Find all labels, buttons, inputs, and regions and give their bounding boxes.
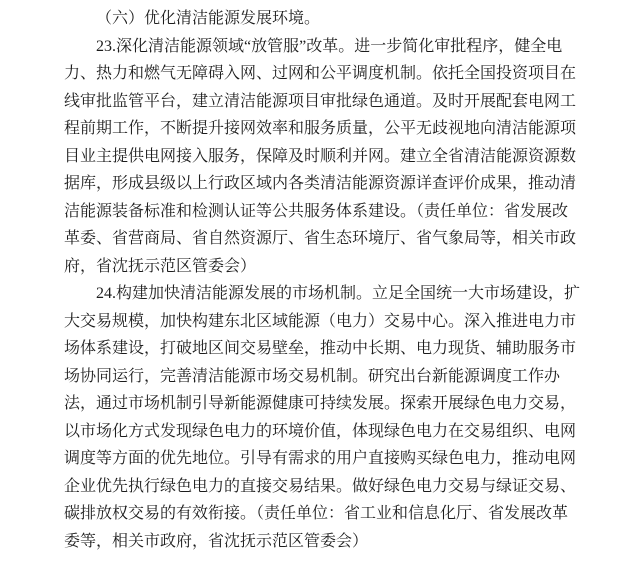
text-line: （六）优化清洁能源发展环境。 [64, 5, 576, 33]
text-line: 23.深化清洁能源领域“放管服”改革。进一步简化审批程序，健全电 [64, 33, 576, 61]
text-line: 碳排放权交易的有效衔接。（责任单位：省工业和信息化厅、省发展改革 [64, 500, 576, 528]
text-line: 场协同运行，完善清洁能源市场交易机制。研究出台新能源调度工作办 [64, 363, 576, 391]
text-line: 场体系建设，打破地区间交易壁垒，推动中长期、电力现货、辅助服务市 [64, 335, 576, 363]
text-line: 府，省沈抚示范区管委会） [64, 253, 576, 281]
text-line: 委等，相关市政府，省沈抚示范区管委会） [64, 528, 576, 556]
text-line: 大交易规模，加快构建东北区域能源（电力）交易中心。深入推进电力市 [64, 308, 576, 336]
text-line: 洁能源装备标准和检测认证等公共服务体系建设。（责任单位：省发展改 [64, 198, 576, 226]
document-page: （六）优化清洁能源发展环境。23.深化清洁能源领域“放管服”改革。进一步简化审批… [0, 0, 640, 570]
text-line: 调度等方面的优先地位。引导有需求的用户直接购买绿色电力，推动电网 [64, 445, 576, 473]
text-line: 革委、省营商局、省自然资源厅、省生态环境厅、省气象局等，相关市政 [64, 225, 576, 253]
text-line: 法，通过市场机制引导新能源健康可持续发展。探索开展绿色电力交易， [64, 390, 576, 418]
text-line: 以市场化方式发现绿色电力的环境价值，体现绿色电力在交易组织、电网 [64, 418, 576, 446]
text-line: 24.构建加快清洁能源发展的市场机制。立足全国统一大市场建设，扩 [64, 280, 576, 308]
text-line: 目业主提供电网接入服务，保障及时顺利并网。建立全省清洁能源资源数 [64, 143, 576, 171]
text-line: 力、热力和燃气无障碍入网、过网和公平调度机制。依托全国投资项目在 [64, 60, 576, 88]
text-line: 线审批监管平台，建立清洁能源项目审批绿色通道。及时开展配套电网工 [64, 88, 576, 116]
text-line: 据库，形成县级以上行政区域内各类清洁能源资源详查评价成果，推动清 [64, 170, 576, 198]
text-line: 企业优先执行绿色电力的直接交易结果。做好绿色电力交易与绿证交易、 [64, 473, 576, 501]
text-line: 程前期工作，不断提升接网效率和服务质量，公平无歧视地向清洁能源项 [64, 115, 576, 143]
document-body: （六）优化清洁能源发展环境。23.深化清洁能源领域“放管服”改革。进一步简化审批… [64, 5, 576, 555]
